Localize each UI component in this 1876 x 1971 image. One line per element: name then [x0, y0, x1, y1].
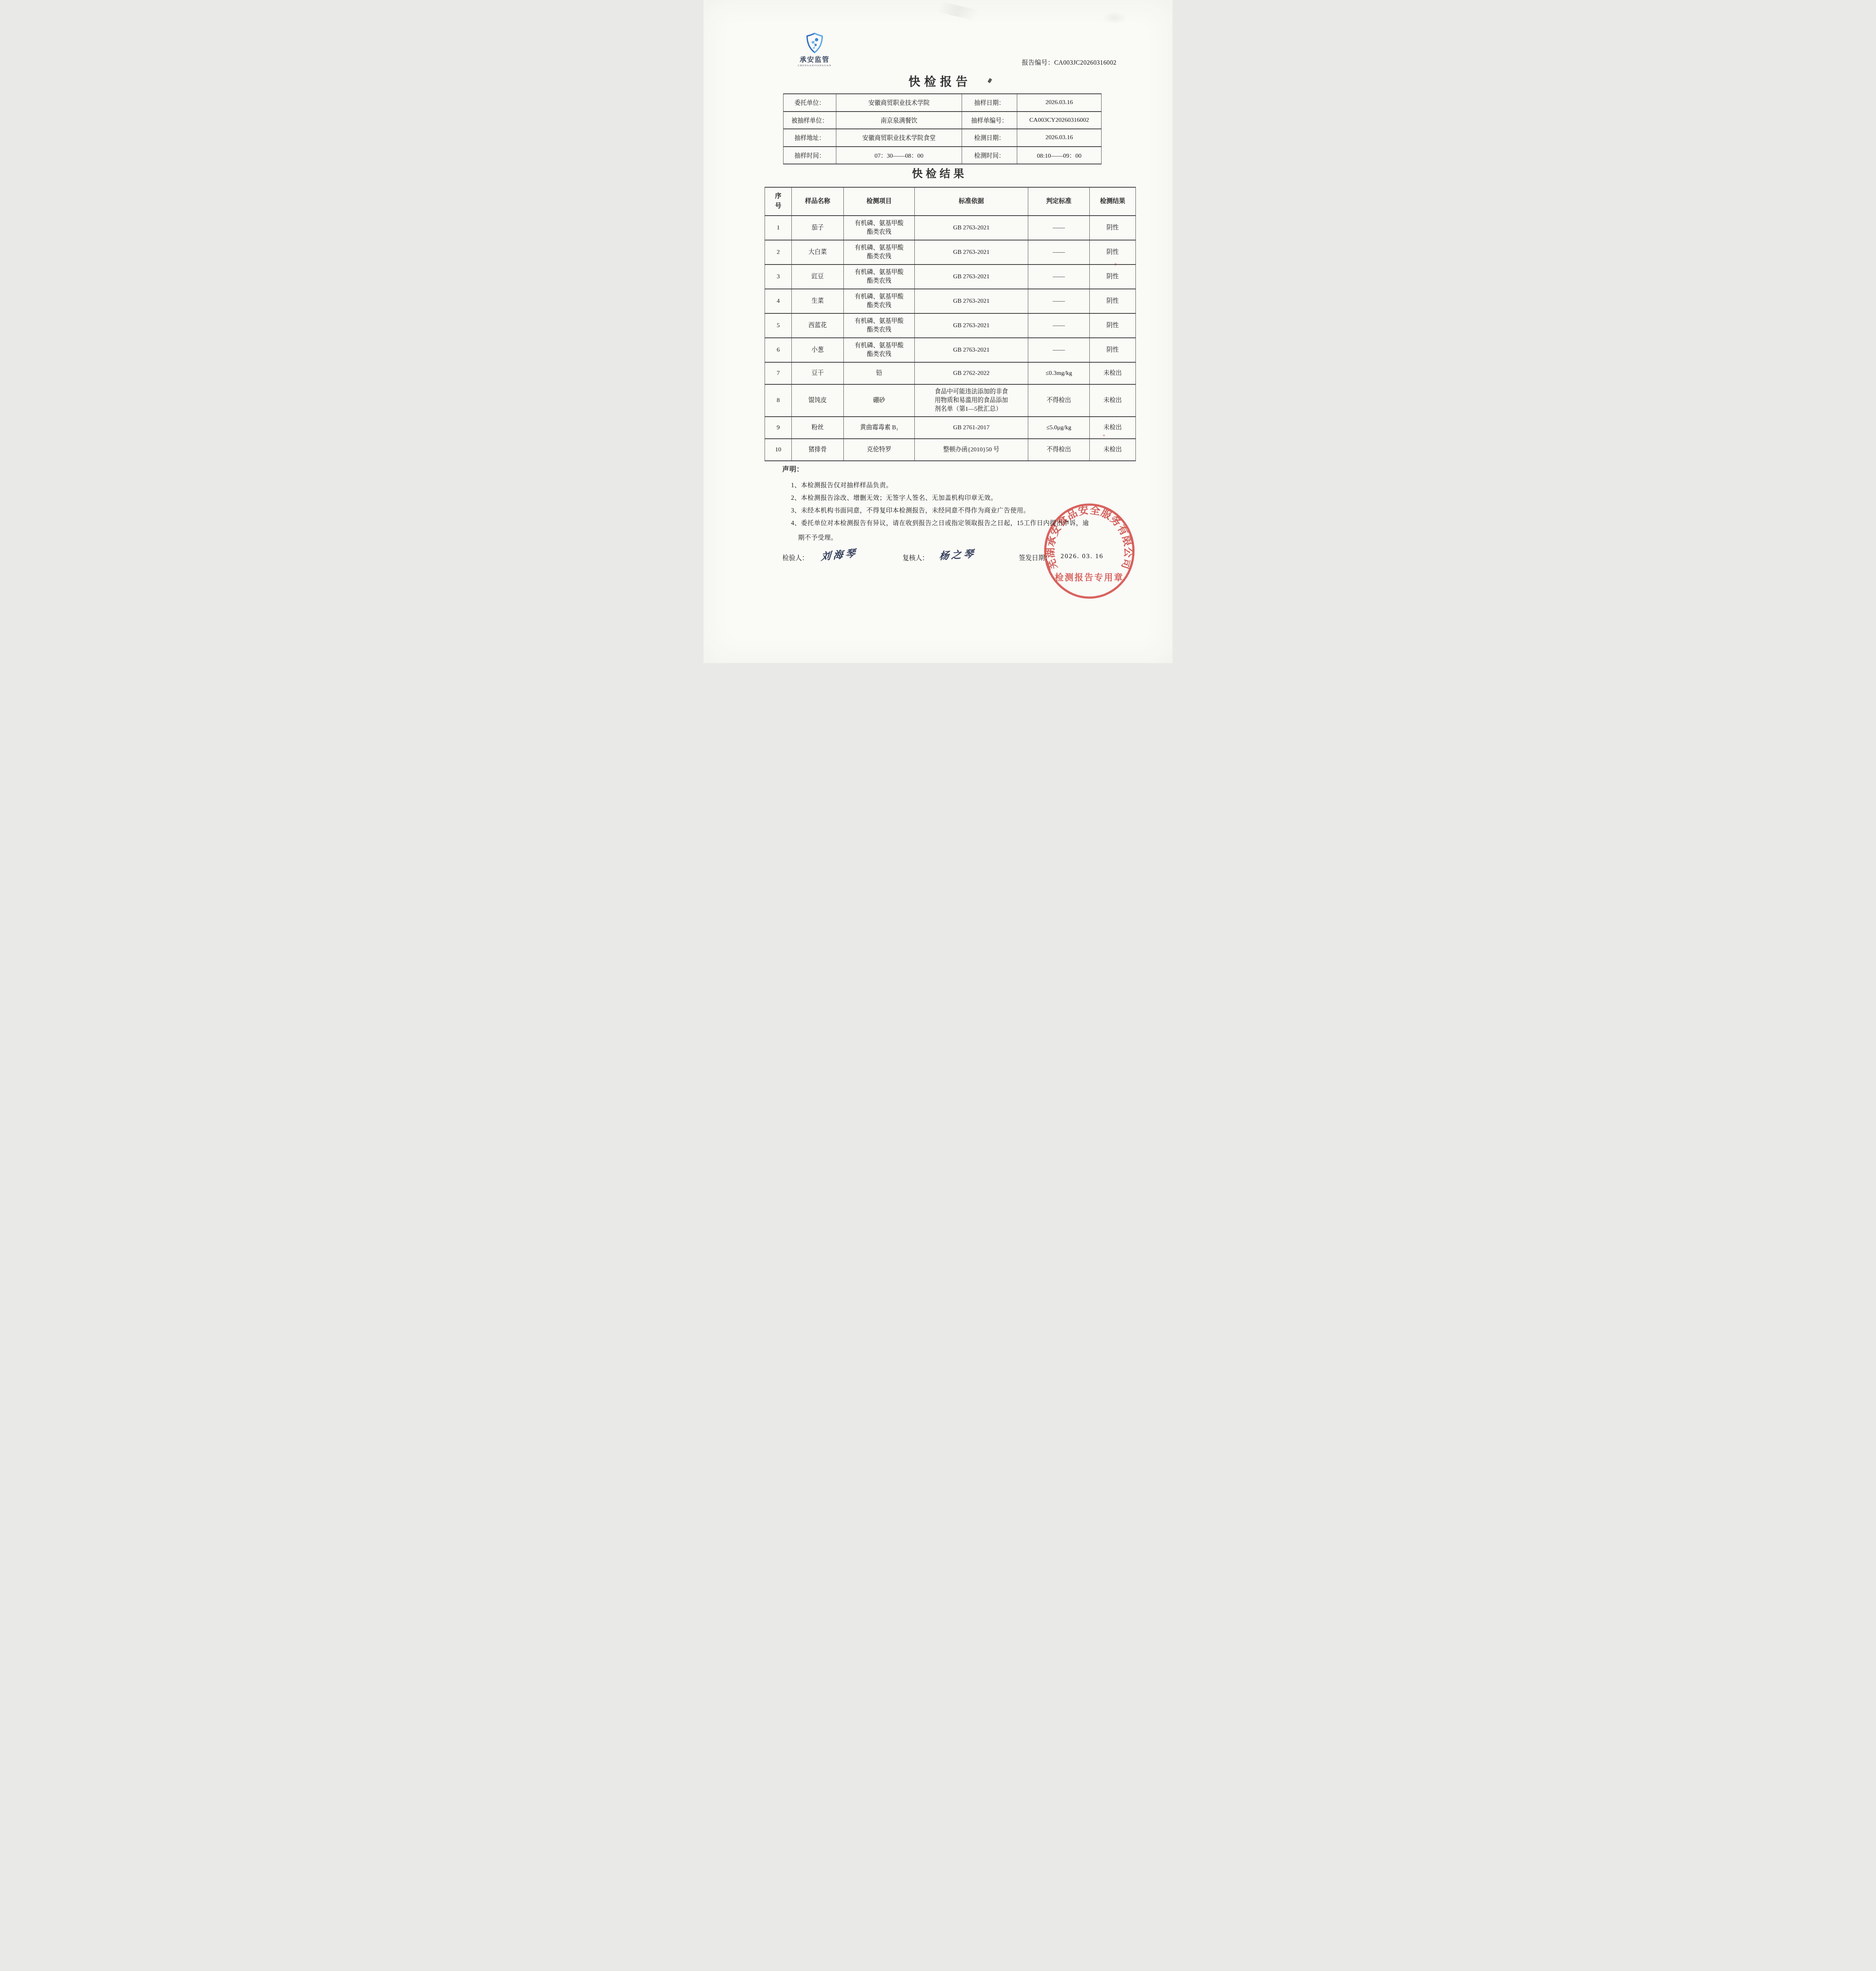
- info-value-cell: 2026.03.16: [1017, 94, 1102, 112]
- criterion-cell: 不得检出: [1028, 384, 1090, 417]
- standard-cell: GB 2763-2021: [915, 240, 1028, 265]
- header-seq: 序号: [765, 187, 792, 216]
- results-section-title: 快检结果: [703, 165, 1172, 181]
- scan-smudge-artifact: [1101, 11, 1128, 24]
- standard-cell: GB 2763-2021: [915, 216, 1028, 240]
- result-cell: 阴性: [1090, 338, 1136, 362]
- svg-text:芜湖承安食品安全服务有限公司: 芜湖承安食品安全服务有限公司: [1045, 504, 1134, 571]
- info-label-cell: 被抽样单位：: [784, 112, 836, 129]
- inspector-signature: 刘海琴: [821, 545, 858, 563]
- header-test-item: 检测项目: [844, 187, 915, 216]
- item-text: 有机磷、氨基甲酸酯类农残: [854, 341, 904, 359]
- header-seq-label: 序号: [775, 192, 782, 211]
- sample-cell: 茄子: [792, 216, 844, 240]
- criterion-cell: 不得检出: [1028, 439, 1090, 461]
- logo-name: 承安监管: [793, 54, 837, 64]
- item-text: 有机磷、氨基甲酸酯类农残: [854, 292, 904, 310]
- criterion-cell: ——: [1028, 216, 1090, 240]
- item-cell: 硼砂: [844, 384, 915, 417]
- table-row: 9 粉丝 黄曲霉毒素 B₁ GB 2761-2017 ≤5.0μg/kg 未检出: [765, 417, 1136, 439]
- official-stamp: 芜湖承安食品安全服务有限公司 检测报告专用章: [1037, 497, 1142, 605]
- stamp-ring-text: 芜湖承安食品安全服务有限公司: [1045, 504, 1134, 571]
- report-number-value: CA003JC20260316002: [1054, 60, 1117, 66]
- item-cell: 铅: [844, 362, 915, 384]
- item-cell: 有机磷、氨基甲酸酯类农残: [844, 240, 915, 265]
- item-text: 有机磷、氨基甲酸酯类农残: [854, 219, 904, 237]
- standard-cell: GB 2762-2022: [915, 362, 1028, 384]
- seq-cell: 7: [765, 362, 792, 384]
- header-sample-name: 样品名称: [792, 187, 844, 216]
- reviewer-signature: 杨之琴: [939, 546, 976, 563]
- header-judgment-criterion: 判定标准: [1028, 187, 1090, 216]
- info-value-cell: 08:10——09：00: [1017, 147, 1102, 164]
- seq-cell: 6: [765, 338, 792, 362]
- table-row: 2 大白菜 有机磷、氨基甲酸酯类农残 GB 2763-2021 —— 阴性: [765, 240, 1136, 265]
- table-row: 抽样时间： 07：30——08：00 检测时间： 08:10——09：00: [784, 147, 1102, 164]
- results-table: 序号 样品名称 检测项目 标准依据 判定标准 检测结果 1 茄子 有机磷、氨基甲…: [765, 187, 1136, 461]
- result-cell: 阴性: [1090, 265, 1136, 289]
- seq-cell: 1: [765, 216, 792, 240]
- item-cell: 有机磷、氨基甲酸酯类农残: [844, 216, 915, 240]
- item-text: 有机磷、氨基甲酸酯类农残: [854, 244, 904, 261]
- info-label-cell: 委托单位：: [784, 94, 836, 112]
- item-cell: 黄曲霉毒素 B₁: [844, 417, 915, 439]
- info-label-cell: 抽样地址：: [784, 129, 836, 147]
- criterion-cell: ≤5.0μg/kg: [1028, 417, 1090, 439]
- result-cell: 阴性: [1090, 216, 1136, 240]
- result-cell: 未检出: [1090, 439, 1136, 461]
- sample-cell: 大白菜: [792, 240, 844, 265]
- info-label-cell: 检测日期：: [962, 129, 1017, 147]
- seq-cell: 10: [765, 439, 792, 461]
- criterion-cell: ——: [1028, 265, 1090, 289]
- seq-cell: 9: [765, 417, 792, 439]
- stamp-center-text: 检测报告专用章: [1055, 572, 1124, 582]
- criterion-cell: ≤0.3mg/kg: [1028, 362, 1090, 384]
- declaration-heading: 声明：: [782, 464, 804, 473]
- sample-cell: 生菜: [792, 289, 844, 313]
- sample-cell: 豆干: [792, 362, 844, 384]
- item-text: 有机磷、氨基甲酸酯类农残: [854, 317, 904, 334]
- criterion-cell: ——: [1028, 338, 1090, 362]
- info-value-cell: 2026.03.16: [1017, 129, 1102, 147]
- stamp-seal-icon: 芜湖承安食品安全服务有限公司 检测报告专用章: [1037, 497, 1142, 605]
- shield-molecule-icon: [805, 32, 824, 54]
- result-cell: 未检出: [1090, 384, 1136, 417]
- scanned-report-page: 承安监管 CHENGANJIANGUAN 报告编号：CA003JC2026031…: [703, 0, 1172, 663]
- item-cell: 克伦特罗: [844, 439, 915, 461]
- item-cell: 有机磷、氨基甲酸酯类农残: [844, 338, 915, 362]
- info-value-cell: 07：30——08：00: [836, 147, 962, 164]
- table-row: 6 小葱 有机磷、氨基甲酸酯类农残 GB 2763-2021 —— 阴性: [765, 338, 1136, 362]
- table-row: 5 西蓝花 有机磷、氨基甲酸酯类农残 GB 2763-2021 —— 阴性: [765, 313, 1136, 338]
- info-label-cell: 检测时间：: [962, 147, 1017, 164]
- item-cell: 有机磷、氨基甲酸酯类农残: [844, 289, 915, 313]
- info-value-cell: 南京泉满餐饮: [836, 112, 962, 129]
- sample-cell: 猪排骨: [792, 439, 844, 461]
- report-number: 报告编号：CA003JC20260316002: [1022, 58, 1117, 67]
- result-cell: 阴性: [1090, 313, 1136, 338]
- table-row: 抽样地址： 安徽商贸职业技术学院食堂 检测日期： 2026.03.16: [784, 129, 1102, 147]
- table-row: 7 豆干 铅 GB 2762-2022 ≤0.3mg/kg 未检出: [765, 362, 1136, 384]
- seq-cell: 2: [765, 240, 792, 265]
- standard-text: 食品中可能违法添加的非食用物质和易滥用的食品添加剂名单（第1—5批汇总）: [935, 387, 1008, 414]
- standard-cell: GB 2763-2021: [915, 265, 1028, 289]
- info-value-cell: CA003CY20260316002: [1017, 112, 1102, 129]
- table-row: 8 馄饨皮 硼砂 食品中可能违法添加的非食用物质和易滥用的食品添加剂名单（第1—…: [765, 384, 1136, 417]
- standard-cell: 整顿办函{2010}50 号: [915, 439, 1028, 461]
- result-cell: 阴性: [1090, 289, 1136, 313]
- agency-logo: 承安监管 CHENGANJIANGUAN: [793, 32, 837, 67]
- seq-cell: 5: [765, 313, 792, 338]
- info-value-cell: 安徽商贸职业技术学院食堂: [836, 129, 962, 147]
- criterion-cell: ——: [1028, 313, 1090, 338]
- declaration-item-continuation: 期不予受理。: [798, 533, 837, 542]
- standard-cell: GB 2761-2017: [915, 417, 1028, 439]
- table-row: 10 猪排骨 克伦特罗 整顿办函{2010}50 号 不得检出 未检出: [765, 439, 1136, 461]
- sample-cell: 西蓝花: [792, 313, 844, 338]
- standard-cell: GB 2763-2021: [915, 338, 1028, 362]
- table-row: 1 茄子 有机磷、氨基甲酸酯类农残 GB 2763-2021 —— 阴性: [765, 216, 1136, 240]
- info-value-cell: 安徽商贸职业技术学院: [836, 94, 962, 112]
- seq-cell: 8: [765, 384, 792, 417]
- item-text: 有机磷、氨基甲酸酯类农残: [854, 268, 904, 285]
- info-label-cell: 抽样时间：: [784, 147, 836, 164]
- sample-cell: 馄饨皮: [792, 384, 844, 417]
- declaration-item: 1、本检测报告仅对抽样样品负责。: [791, 481, 1089, 490]
- header-standard-basis: 标准依据: [915, 187, 1028, 216]
- standard-cell: GB 2763-2021: [915, 313, 1028, 338]
- item-cell: 有机磷、氨基甲酸酯类农残: [844, 313, 915, 338]
- standard-cell: 食品中可能违法添加的非食用物质和易滥用的食品添加剂名单（第1—5批汇总）: [915, 384, 1028, 417]
- seq-cell: 4: [765, 289, 792, 313]
- criterion-cell: ——: [1028, 240, 1090, 265]
- table-header-row: 序号 样品名称 检测项目 标准依据 判定标准 检测结果: [765, 187, 1136, 216]
- header-test-result: 检测结果: [1090, 187, 1136, 216]
- table-row: 被抽样单位： 南京泉满餐饮 抽样单编号： CA003CY20260316002: [784, 112, 1102, 129]
- table-row: 3 豇豆 有机磷、氨基甲酸酯类农残 GB 2763-2021 —— 阴性: [765, 265, 1136, 289]
- seq-cell: 3: [765, 265, 792, 289]
- info-table: 委托单位： 安徽商贸职业技术学院 抽样日期： 2026.03.16 被抽样单位：…: [783, 93, 1102, 164]
- inspector-label: 检验人：: [782, 553, 808, 562]
- info-label-cell: 抽样日期：: [962, 94, 1017, 112]
- table-row: 委托单位： 安徽商贸职业技术学院 抽样日期： 2026.03.16: [784, 94, 1102, 112]
- sample-cell: 豇豆: [792, 265, 844, 289]
- result-cell: 阴性: [1090, 240, 1136, 265]
- sample-cell: 粉丝: [792, 417, 844, 439]
- criterion-cell: ——: [1028, 289, 1090, 313]
- result-cell: 未检出: [1090, 362, 1136, 384]
- result-cell: 未检出: [1090, 417, 1136, 439]
- standard-cell: GB 2763-2021: [915, 289, 1028, 313]
- report-number-label: 报告编号：: [1022, 60, 1054, 66]
- sample-cell: 小葱: [792, 338, 844, 362]
- table-row: 4 生菜 有机磷、氨基甲酸酯类农残 GB 2763-2021 —— 阴性: [765, 289, 1136, 313]
- item-cell: 有机磷、氨基甲酸酯类农残: [844, 265, 915, 289]
- document-title: 快检报告: [703, 72, 1172, 89]
- scan-streak-artifact: [908, 0, 1007, 28]
- reviewer-label: 复核人：: [903, 553, 929, 562]
- info-label-cell: 抽样单编号：: [962, 112, 1017, 129]
- logo-subtitle: CHENGANJIANGUAN: [793, 64, 837, 67]
